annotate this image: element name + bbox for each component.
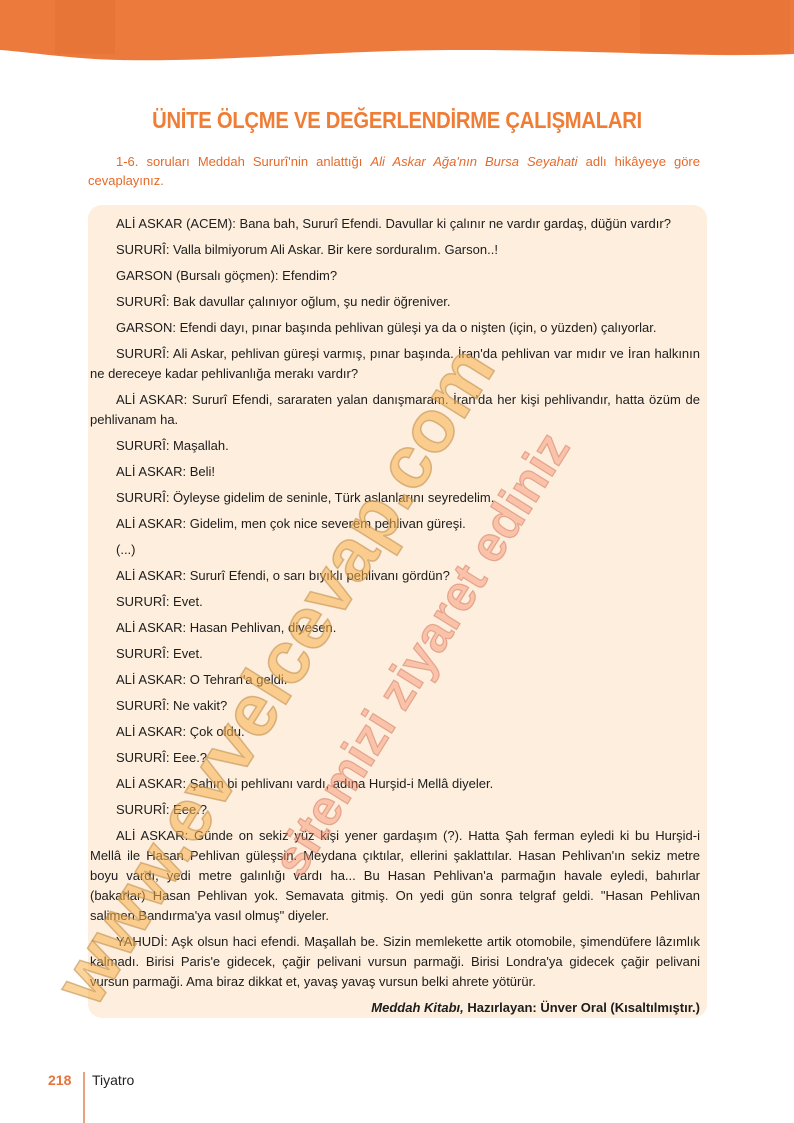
footer-divider bbox=[83, 1072, 85, 1123]
intro-text: 1-6. soruları Meddah Sururî'nin anlattığ… bbox=[116, 154, 370, 169]
dialog-line: SURURÎ: Evet. bbox=[90, 644, 700, 664]
dialog-line: ALİ ASKAR: Sururî Efendi, o sarı bıyıklı… bbox=[90, 566, 700, 586]
dialog-line: ALİ ASKAR: Beli! bbox=[90, 462, 700, 482]
dialog-line: ALİ ASKAR: Çok oldu. bbox=[90, 722, 700, 742]
dialog-line: SURURÎ: Evet. bbox=[90, 592, 700, 612]
source-editor: Hazırlayan: Ünver Oral (Kısaltılmıştır.) bbox=[464, 1000, 700, 1015]
dialog-line: ALİ ASKAR: Şahın bi pehlivanı vardı, adı… bbox=[90, 774, 700, 794]
dialog-line: (...) bbox=[90, 540, 700, 560]
dialog-line: ALİ ASKAR: Sururî Efendi, sararaten yala… bbox=[90, 390, 700, 430]
dialog-line: SURURÎ: Ne vakit? bbox=[90, 696, 700, 716]
dialog-line: ALİ ASKAR: Günde on sekiz yüz kişi yener… bbox=[90, 826, 700, 926]
dialog-line: ALİ ASKAR (ACEM): Bana bah, Sururî Efend… bbox=[90, 214, 700, 234]
dialog-line: GARSON (Bursalı göçmen): Efendim? bbox=[90, 266, 700, 286]
dialog-line: SURURÎ: Bak davullar çalınıyor oğlum, şu… bbox=[90, 292, 700, 312]
dialog-line: YAHUDİ: Aşk olsun haci efendi. Maşallah … bbox=[90, 932, 700, 992]
dialog-line: SURURÎ: Valla bilmiyorum Ali Askar. Bir … bbox=[90, 240, 700, 260]
section-name: Tiyatro bbox=[92, 1072, 134, 1088]
header-banner bbox=[0, 0, 794, 64]
dialog-line: SURURÎ: Maşallah. bbox=[90, 436, 700, 456]
dialog-line: ALİ ASKAR: Hasan Pehlivan, diyesen. bbox=[90, 618, 700, 638]
instructions: 1-6. soruları Meddah Sururî'nin anlattığ… bbox=[88, 152, 700, 190]
dialog-line: SURURÎ: Öyleyse gidelim de seninle, Türk… bbox=[90, 488, 700, 508]
source-book: Meddah Kitabı, bbox=[371, 1000, 463, 1015]
page-number: 218 bbox=[48, 1072, 71, 1088]
dialog-line: SURURÎ: Eee.? bbox=[90, 748, 700, 768]
dialog-line: ALİ ASKAR: Gidelim, men çok nice severem… bbox=[90, 514, 700, 534]
story-title: Ali Askar Ağa'nın Bursa Seyahati bbox=[370, 154, 577, 169]
dialog-line: ALİ ASKAR: O Tehran'a geldi. bbox=[90, 670, 700, 690]
source-citation: Meddah Kitabı, Hazırlayan: Ünver Oral (K… bbox=[90, 998, 700, 1018]
dialog-text: ALİ ASKAR (ACEM): Bana bah, Sururî Efend… bbox=[90, 214, 700, 1024]
dialog-line: GARSON: Efendi dayı, pınar başında pehli… bbox=[90, 318, 700, 338]
dialog-line: SURURÎ: Ali Askar, pehlivan güreşi varmı… bbox=[90, 344, 700, 384]
page-title: ÜNİTE ÖLÇME VE DEĞERLENDİRME ÇALIŞMALARI bbox=[48, 107, 747, 134]
dialog-line: SURURÎ: Eee.? bbox=[90, 800, 700, 820]
